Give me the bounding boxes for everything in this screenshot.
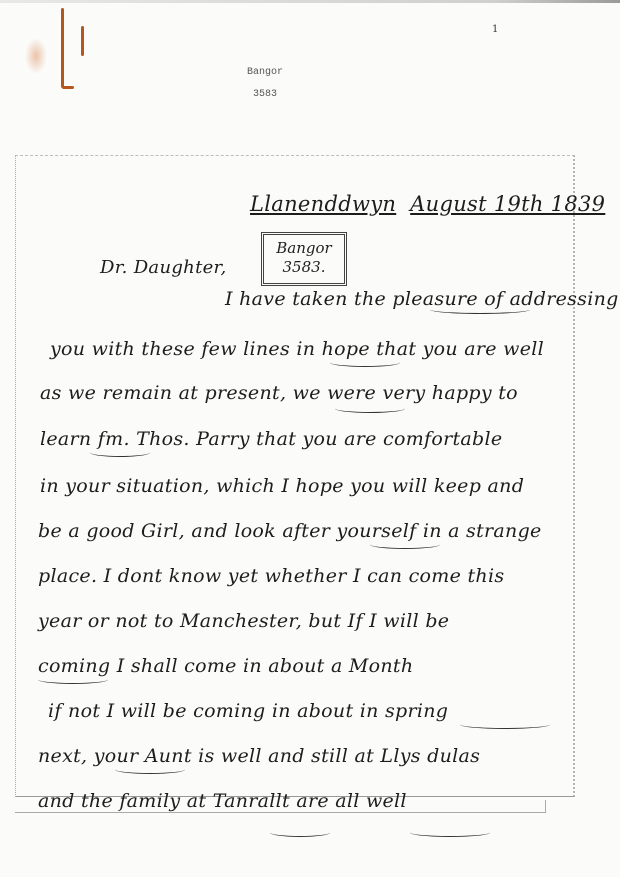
underline-flourish [115, 765, 185, 774]
underline-flourish [335, 404, 405, 413]
rust-stain-smudge [25, 38, 47, 74]
underline-flourish [38, 675, 108, 684]
letter-line: next, your Aunt is well and still at Lly… [38, 745, 480, 767]
letter-line: year or not to Manchester, but If I will… [38, 610, 449, 632]
rust-stain-mark [61, 8, 64, 88]
catalog-label: Bangor 3583 [240, 62, 290, 106]
rust-stain-mark-foot [62, 86, 74, 89]
letter-date: August 19th 1839 [410, 192, 605, 216]
underline-flourish [370, 540, 440, 549]
letter-line: in your situation, which I hope you will… [40, 475, 524, 497]
underline-flourish [430, 305, 530, 314]
underline-flourish [330, 358, 400, 367]
letter-line: and the family at Tanrallt are all well [38, 790, 407, 812]
underline-flourish [90, 448, 150, 457]
letter-line: as we remain at present, we were very ha… [40, 382, 518, 404]
archive-stamp: Bangor 3583. [261, 232, 347, 286]
letter-dateline: Llanenddwyn August 19th 1839 [250, 192, 605, 216]
page-number: 1 [492, 24, 498, 35]
letter-line: be a good Girl, and look after yourself … [38, 520, 542, 542]
letter-salutation: Dr. Daughter, [100, 257, 227, 278]
letter-line: learn fm. Thos. Parry that you are comfo… [40, 428, 502, 450]
letter-line: I have taken the pleasure of addressing [225, 288, 619, 310]
bottom-ink-mark [270, 828, 330, 837]
catalog-collection: Bangor [240, 62, 290, 84]
letter-place: Llanenddwyn [250, 192, 396, 216]
rust-stain-mark [81, 26, 84, 56]
letter-line: if not I will be coming in about in spri… [48, 700, 448, 722]
underline-flourish [460, 720, 550, 729]
catalog-number: 3583 [240, 84, 290, 106]
letter-line: you with these few lines in hope that yo… [50, 338, 544, 360]
stamp-number: 3583. [264, 258, 344, 277]
letter-line: coming I shall come in about a Month [38, 655, 413, 677]
letter-line: place. I dont know yet whether I can com… [38, 565, 504, 587]
stamp-collection: Bangor [264, 239, 344, 258]
scan-top-edge [0, 0, 620, 3]
bottom-ink-mark [410, 828, 490, 837]
